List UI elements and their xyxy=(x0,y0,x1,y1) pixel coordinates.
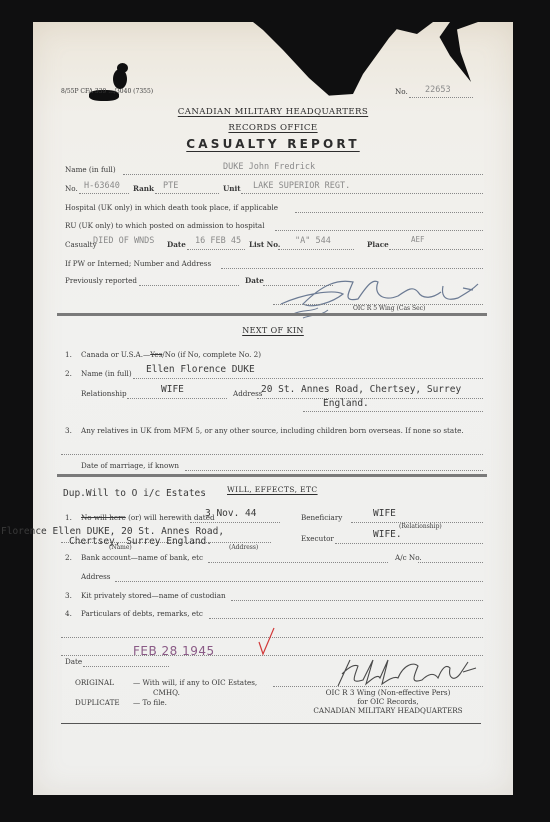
place-label: Place xyxy=(367,240,389,249)
place: AEF xyxy=(411,235,425,244)
signature-caption-2-line2: for OIC Records, xyxy=(293,697,483,706)
address-label: Address xyxy=(233,389,262,398)
bottom-rule xyxy=(61,723,481,724)
previously-reported-date-label: Date xyxy=(245,276,264,285)
beneficiary: WIFE xyxy=(373,508,396,519)
name-label: Name (in full) xyxy=(65,165,116,174)
signature-caption-2-line3: CANADIAN MILITARY HEADQUARTERS xyxy=(283,706,493,715)
hospital-label: Hospital (UK only) in which death took p… xyxy=(65,203,278,212)
torn-edge xyxy=(253,22,453,102)
pw-label: If PW or Interned; Number and Address xyxy=(65,259,211,268)
marriage-date-label: Date of marriage, if known xyxy=(81,461,179,470)
nok-item1-number: 1. xyxy=(65,350,72,359)
address-caption: (Address) xyxy=(229,544,258,551)
service-no: H-63640 xyxy=(84,181,120,191)
original-routing: — With will, if any to OIC Estates, xyxy=(133,678,257,687)
will-heading: WILL, EFFECTS, ETC xyxy=(227,485,318,494)
casualty-report-document: 8/55P CFA 339 .../3040 (7355) No. 22653 … xyxy=(33,22,513,795)
will-annotation: Dup.Will to O i/c Estates xyxy=(63,488,206,499)
list-no-label: List No. xyxy=(249,240,280,249)
debts-remarks-label: Particulars of debts, remarks, etc xyxy=(81,609,203,618)
next-of-kin-heading: NEXT OF KIN xyxy=(33,326,513,335)
torn-edge xyxy=(393,22,433,34)
kit-stored-label: Kit privately stored—name of custodian xyxy=(81,591,226,600)
will-dated-label: No will here (or) will herewith dated xyxy=(81,513,215,522)
will-item2-number: 2. xyxy=(65,553,72,562)
signature-caption-2-line1: OIC R 3 Wing (Non-effective Pers) xyxy=(293,688,483,697)
casualty-date: 16 FEB 45 xyxy=(195,236,241,246)
struck-no-will: No will here xyxy=(81,513,126,522)
name-caption: (Name) xyxy=(109,544,132,551)
will-item4-number: 4. xyxy=(65,609,72,618)
footer-date-label: Date xyxy=(65,657,82,666)
original-routing-cont: CMHQ. xyxy=(153,688,180,697)
bank-address-label: Address xyxy=(81,572,110,581)
report-number: 22653 xyxy=(425,85,451,95)
ru-label: RU (UK only) to which posted on admissio… xyxy=(65,221,265,230)
beneficiary-label: Beneficiary xyxy=(301,513,342,522)
list-no: "A" 544 xyxy=(295,236,331,246)
executor-label: Executor xyxy=(301,534,334,543)
nok-item2-number: 2. xyxy=(65,369,72,378)
previously-reported-label: Previously reported xyxy=(65,276,137,285)
nok-canada-usa-question: Canada or U.S.A.—Yes/No (if No, complete… xyxy=(81,350,261,359)
duplicate-label: DUPLICATE xyxy=(75,698,120,707)
relationship-caption: (Relationship) xyxy=(399,523,442,530)
duplicate-routing: — To file. xyxy=(133,698,167,707)
account-no-label: A/c No. xyxy=(395,553,422,562)
rank: PTE xyxy=(163,181,178,191)
nok-name-label: Name (in full) xyxy=(81,369,132,378)
ink-blot xyxy=(117,63,128,73)
relationship: WIFE xyxy=(161,384,184,395)
executor: WIFE. xyxy=(373,529,402,540)
struck-yes: Yes xyxy=(150,350,162,359)
office-title: RECORDS OFFICE xyxy=(33,123,513,133)
will-date: 3 Nov. 44 xyxy=(205,508,256,519)
nok-name: Ellen Florence DUKE xyxy=(146,364,255,375)
executor-name-address-line2: Chertsey, Surrey England. xyxy=(69,536,212,547)
date-stamp: FEB 28 1945 xyxy=(133,644,215,658)
section-divider xyxy=(57,474,487,477)
will-item1-number: 1. xyxy=(65,513,72,522)
will-item3-number: 3. xyxy=(65,591,72,600)
nok-item3-number: 3. xyxy=(65,426,72,435)
nok-address-line2: England. xyxy=(323,398,369,409)
report-title: CASUALTY REPORT xyxy=(33,137,513,151)
casualty-label: Casualty xyxy=(65,240,97,249)
relatives-in-uk-label: Any relatives in UK from MFM 5, or any o… xyxy=(81,426,464,435)
unit: LAKE SUPERIOR REGT. xyxy=(253,181,350,191)
nok-address-line1: 20 St. Annes Road, Chertsey, Surrey xyxy=(261,384,461,395)
unit-label: Unit xyxy=(223,184,241,193)
form-code: 8/55P CFA 339 .../3040 (7355) xyxy=(61,88,153,95)
service-no-label: No. xyxy=(65,184,78,193)
rank-label: Rank xyxy=(133,184,154,193)
soldier-name: DUKE John Fredrick xyxy=(223,162,315,172)
casualty-date-label: Date xyxy=(167,240,186,249)
casualty-type: DIED OF WNDS xyxy=(93,236,154,246)
signature-caption-1: OIC R 5 Wing (Cas Sec) xyxy=(353,305,425,312)
original-label: ORIGINAL xyxy=(75,678,114,687)
section-divider xyxy=(57,313,487,316)
report-number-label: No. xyxy=(395,87,408,96)
org-title: CANADIAN MILITARY HEADQUARTERS xyxy=(33,107,513,117)
bank-account-label: Bank account—name of bank, etc xyxy=(81,553,203,562)
check-mark-icon xyxy=(257,626,277,656)
relationship-label: Relationship xyxy=(81,389,127,398)
